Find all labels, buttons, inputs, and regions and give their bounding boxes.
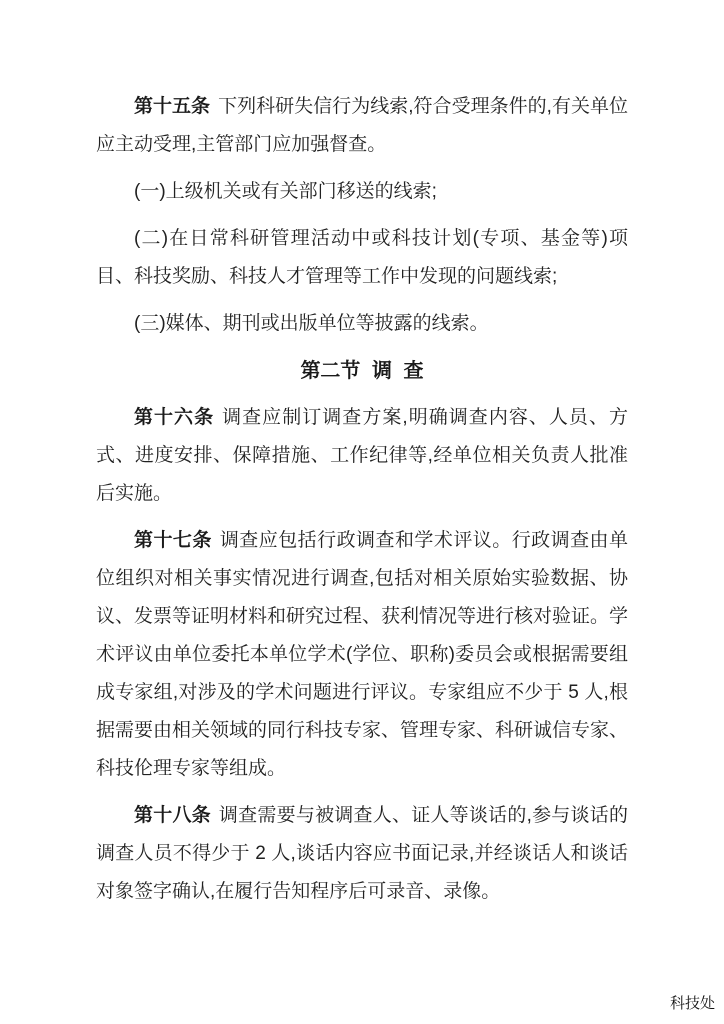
list-item-2-text: (二)在日常科研管理活动中或科技计划(专项、基金等)项目、科技奖励、科技人才管理… (96, 228, 628, 287)
footer-department-label: 科技处 (670, 995, 715, 1013)
article-15-label: 第十五条 (134, 96, 210, 117)
section-heading: 第二节 调 查 (96, 352, 628, 390)
article-17-label: 第十七条 (134, 530, 212, 551)
list-item-3: (三)媒体、期刊或出版单位等披露的线索。 (96, 305, 628, 343)
list-item-1-text: (一)上级机关或有关部门移送的线索; (134, 181, 437, 202)
list-item-1: (一)上级机关或有关部门移送的线索; (96, 173, 628, 211)
document-body: 第十五条下列科研失信行为线索,符合受理条件的,有关单位应主动受理,主管部门应加强… (96, 88, 628, 920)
article-17-paragraph: 第十七条调查应包括行政调查和学术评议。行政调查由单位组织对相关事实情况进行调查,… (96, 522, 628, 788)
article-18-paragraph: 第十八条调查需要与被调查人、证人等谈话的,参与谈话的调查人员不得少于 2 人,谈… (96, 797, 628, 911)
article-15-paragraph: 第十五条下列科研失信行为线索,符合受理条件的,有关单位应主动受理,主管部门应加强… (96, 88, 628, 164)
article-16-label: 第十六条 (134, 407, 214, 428)
article-16-paragraph: 第十六条调查应制订调查方案,明确调查内容、人员、方式、进度安排、保障措施、工作纪… (96, 399, 628, 513)
article-17-text: 调查应包括行政调查和学术评议。行政调查由单位组织对相关事实情况进行调查,包括对相… (96, 530, 628, 779)
document-page: 第十五条下列科研失信行为线索,符合受理条件的,有关单位应主动受理,主管部门应加强… (0, 0, 724, 1024)
list-item-3-text: (三)媒体、期刊或出版单位等披露的线索。 (134, 313, 489, 334)
list-item-2: (二)在日常科研管理活动中或科技计划(专项、基金等)项目、科技奖励、科技人才管理… (96, 220, 628, 296)
article-18-label: 第十八条 (134, 805, 211, 826)
